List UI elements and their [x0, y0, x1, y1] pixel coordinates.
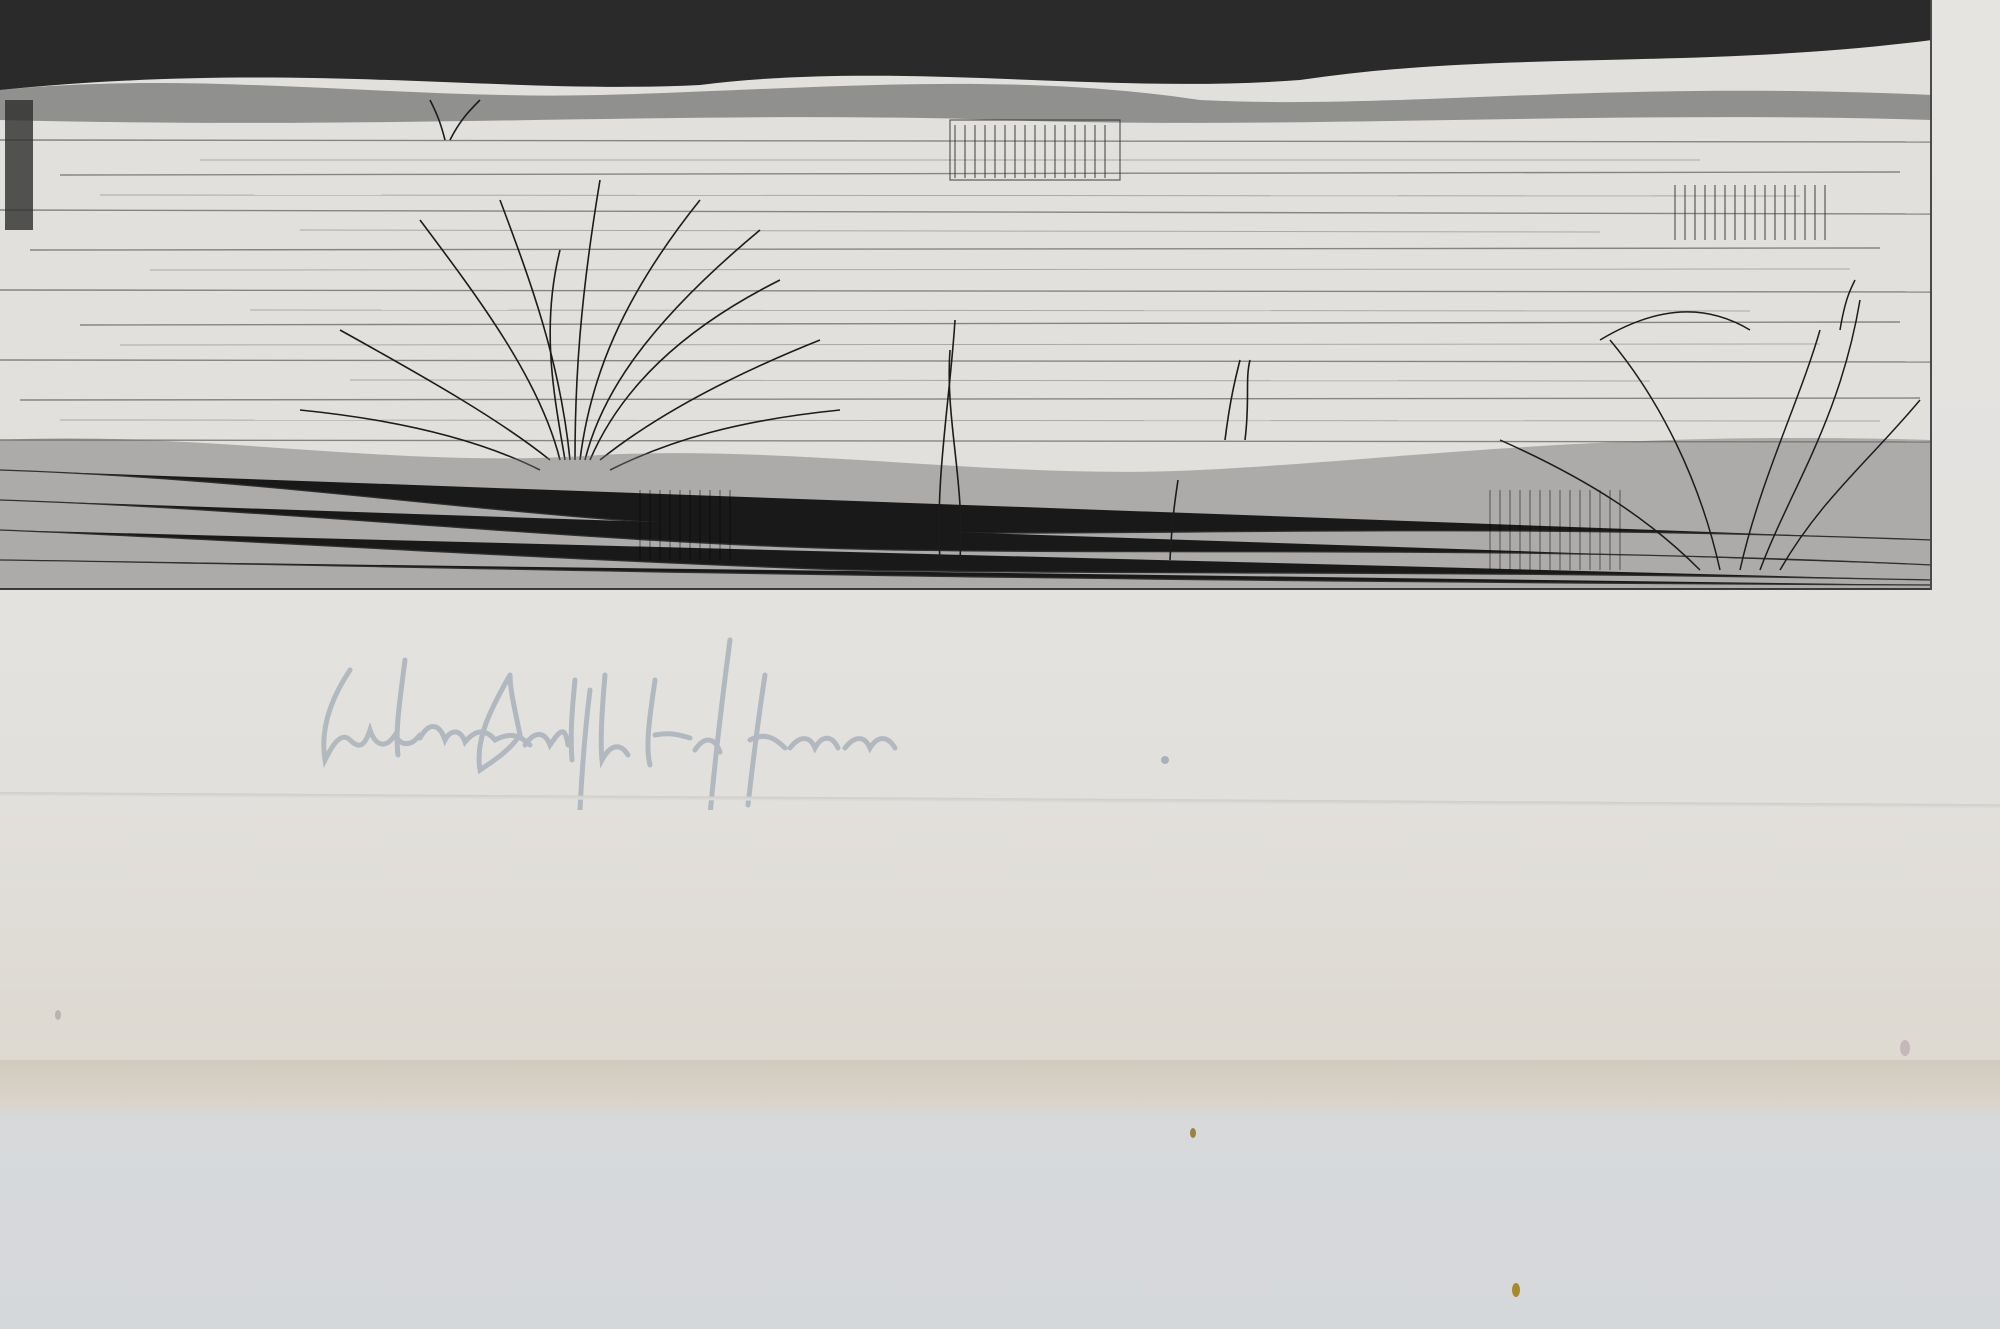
- plate-mark-right: [1930, 0, 1932, 590]
- signature-text: Gustave Adolph Hoffmann.: [310, 660, 1767, 772]
- foxing-spot: [1900, 1040, 1910, 1056]
- plate-mark-bottom: [0, 588, 1932, 590]
- foxing-spot: [1512, 1283, 1520, 1297]
- foxing-spot: [1190, 1128, 1196, 1138]
- paper-sheet: Gustave Adolph Hoffmann.: [0, 0, 2000, 1329]
- etching-image: [0, 0, 1932, 590]
- foxing-spot: [55, 1010, 61, 1020]
- pencil-signature: Gustave Adolph Hoffmann.: [310, 620, 1870, 810]
- mat-shadow: [0, 1060, 2000, 1120]
